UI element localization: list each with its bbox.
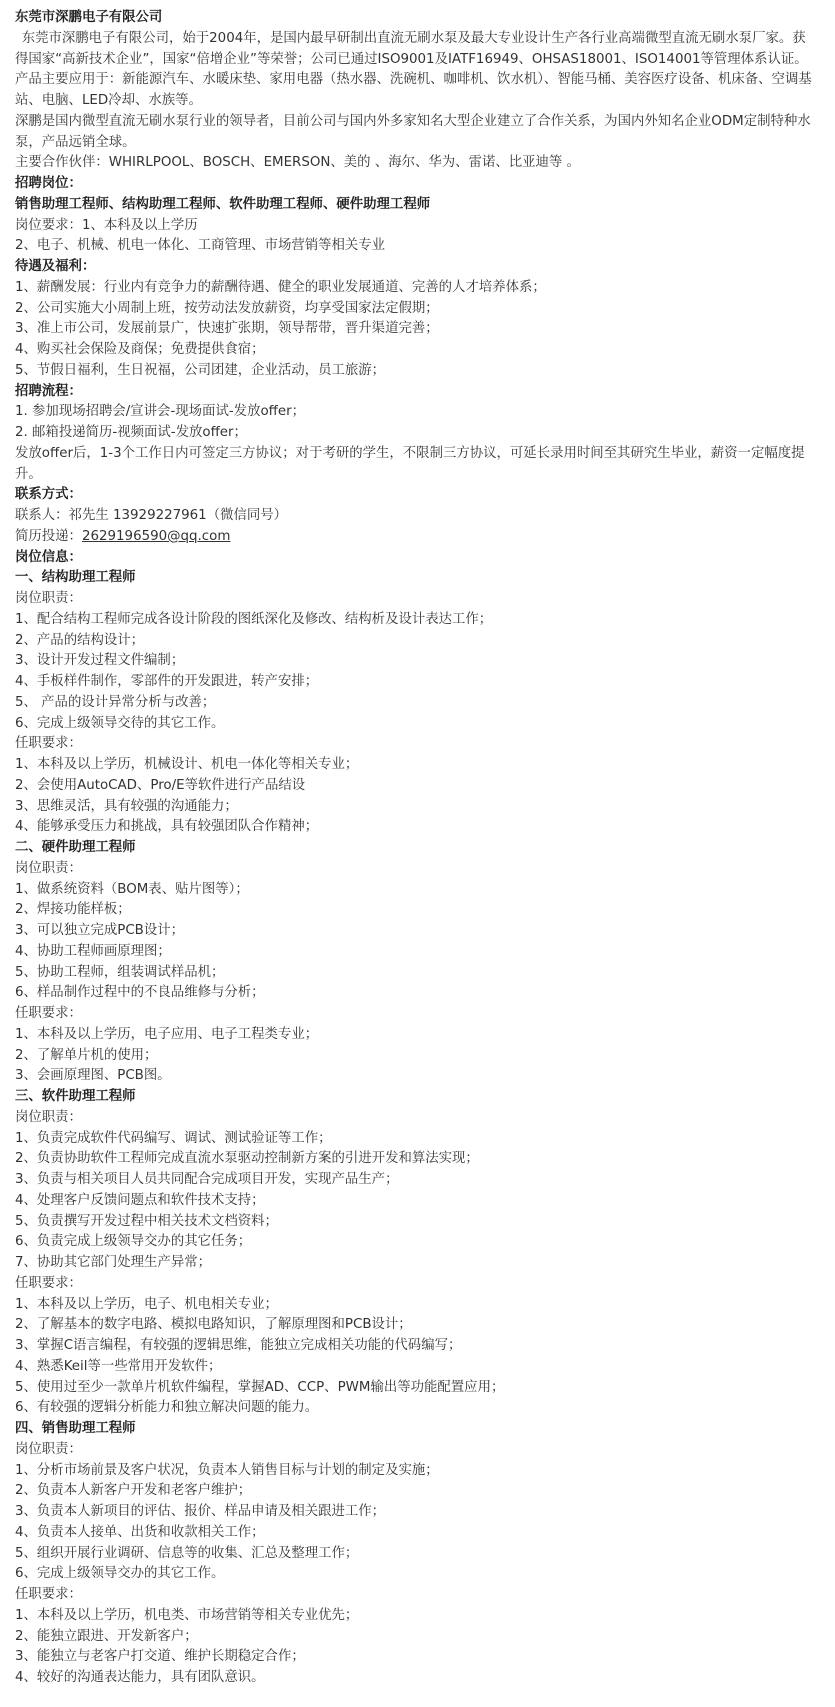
- duty-item: 3、设计开发过程文件编制；: [15, 651, 815, 672]
- requirement-item: 1、本科及以上学历，电子应用、电子工程类专业；: [15, 1025, 815, 1046]
- requirements-label: 任职要求：: [15, 1274, 815, 1295]
- benefit-item: 1、薪酬发展：行业内有竞争力的薪酬待遇、健全的职业发展通道、完善的人才培养体系；: [15, 278, 815, 299]
- duty-item: 6、样品制作过程中的不良品维修与分析；: [15, 983, 815, 1004]
- duty-item: 5、负责撰写开发过程中相关技术文档资料；: [15, 1212, 815, 1233]
- recruit-requirement: 岗位要求：1、本科及以上学历: [15, 216, 815, 237]
- duty-item: 1、负责完成软件代码编写、调试、测试验证等工作；: [15, 1129, 815, 1150]
- job-title: 一、结构助理工程师: [15, 568, 815, 589]
- contact-resume: 简历投递：2629196590@qq.com: [15, 527, 815, 548]
- duties-label: 岗位职责：: [15, 1108, 815, 1129]
- duty-item: 4、协助工程师画原理图；: [15, 942, 815, 963]
- benefits-heading: 待遇及福利：: [15, 257, 815, 278]
- requirement-item: 1、本科及以上学历，机械设计、机电一体化等相关专业；: [15, 755, 815, 776]
- duty-item: 6、完成上级领导交办的其它工作。: [15, 1564, 815, 1585]
- requirement-item: 2、能独立跟进、开发新客户；: [15, 1627, 815, 1648]
- requirement-item: 1、本科及以上学历，电子、机电相关专业；: [15, 1295, 815, 1316]
- company-leader-text: 深鹏是国内微型直流无刷水泵行业的领导者，目前公司与国内外多家知名大型企业建立了合…: [15, 112, 815, 154]
- requirement-item: 3、会画原理图、PCB图。: [15, 1066, 815, 1087]
- requirement-item: 6、有较强的逻辑分析能力和独立解决问题的能力。: [15, 1398, 815, 1419]
- job-posting-document: 东莞市深鹏电子有限公司 东莞市深鹏电子有限公司，始于2004年，是国内最早研制出…: [0, 0, 835, 1689]
- duty-item: 1、配合结构工程师完成各设计阶段的图纸深化及修改、结构析及设计表达工作；: [15, 610, 815, 631]
- benefit-item: 3、准上市公司，发展前景广，快速扩张期，领导帮带，晋升渠道完善；: [15, 319, 815, 340]
- requirement-item: 4、较好的沟通表达能力，具有团队意识。: [15, 1668, 815, 1689]
- duty-item: 1、分析市场前景及客户状况，负责本人销售目标与计划的制定及实施；: [15, 1461, 815, 1482]
- company-partners: 主要合作伙伴：WHIRLPOOL、BOSCH、EMERSON、美的 、海尔、华为…: [15, 153, 815, 174]
- duty-item: 3、负责本人新项目的评估、报价、样品申请及相关跟进工作；: [15, 1502, 815, 1523]
- duties-label: 岗位职责：: [15, 589, 815, 610]
- duty-item: 2、产品的结构设计；: [15, 631, 815, 652]
- requirement-item: 2、了解基本的数字电路、模拟电路知识，了解原理图和PCB设计；: [15, 1315, 815, 1336]
- duty-item: 7、协助其它部门处理生产异常；: [15, 1253, 815, 1274]
- job-title: 四、销售助理工程师: [15, 1419, 815, 1440]
- process-item: 发放offer后，1-3个工作日内可签定三方协议；对于考研的学生，不限制三方协议…: [15, 444, 815, 486]
- requirement-item: 2、会使用AutoCAD、Pro/E等软件进行产品结设: [15, 776, 815, 797]
- process-item: 1. 参加现场招聘会/宣讲会-现场面试-发放offer；: [15, 402, 815, 423]
- requirement-item: 2、了解单片机的使用；: [15, 1046, 815, 1067]
- duty-item: 3、负责与相关项目人员共同配合完成项目开发，实现产品生产；: [15, 1170, 815, 1191]
- requirement-item: 5、使用过至少一款单片机软件编程，掌握AD、CCP、PWM输出等功能配置应用；: [15, 1378, 815, 1399]
- contact-heading: 联系方式：: [15, 485, 815, 506]
- duty-item: 4、处理客户反馈问题点和软件技术支持；: [15, 1191, 815, 1212]
- company-title: 东莞市深鹏电子有限公司: [15, 8, 815, 29]
- requirements-label: 任职要求：: [15, 1585, 815, 1606]
- duty-item: 2、负责协助软件工程师完成直流水泵驱动控制新方案的引进开发和算法实现；: [15, 1149, 815, 1170]
- recruit-heading: 招聘岗位：: [15, 174, 815, 195]
- resume-label: 简历投递：: [15, 529, 82, 544]
- requirements-label: 任职要求：: [15, 734, 815, 755]
- duties-label: 岗位职责：: [15, 1440, 815, 1461]
- process-heading: 招聘流程：: [15, 382, 815, 403]
- duty-item: 6、完成上级领导交待的其它工作。: [15, 714, 815, 735]
- duty-item: 4、负责本人接单、出货和收款相关工作；: [15, 1523, 815, 1544]
- duties-label: 岗位职责：: [15, 859, 815, 880]
- duty-item: 3、可以独立完成PCB设计；: [15, 921, 815, 942]
- duty-item: 6、负责完成上级领导交办的其它任务；: [15, 1232, 815, 1253]
- recruit-requirement: 2、电子、机械、机电一体化、工商管理、市场营销等相关专业: [15, 236, 815, 257]
- process-item: 2. 邮箱投递简历-视频面试-发放offer；: [15, 423, 815, 444]
- job-title: 二、硬件助理工程师: [15, 838, 815, 859]
- requirements-label: 任职要求：: [15, 1004, 815, 1025]
- duty-item: 5、协助工程师，组装调试样品机；: [15, 963, 815, 984]
- company-intro: 东莞市深鹏电子有限公司，始于2004年，是国内最早研制出直流无刷水泵及最大专业设…: [15, 29, 815, 112]
- contact-person: 联系人：祁先生 13929227961（微信同号）: [15, 506, 815, 527]
- duty-item: 5、组织开展行业调研、信息等的收集、汇总及整理工作；: [15, 1544, 815, 1565]
- duty-item: 5、 产品的设计异常分析与改善；: [15, 693, 815, 714]
- duty-item: 4、手板样件制作，零部件的开发跟进，转产安排；: [15, 672, 815, 693]
- jobs-heading: 岗位信息：: [15, 548, 815, 569]
- duty-item: 1、做系统资料（BOM表、贴片图等）；: [15, 880, 815, 901]
- requirement-item: 3、掌握C语言编程，有较强的逻辑思维，能独立完成相关功能的代码编写；: [15, 1336, 815, 1357]
- requirement-item: 3、能独立与老客户打交道、维护长期稳定合作；: [15, 1647, 815, 1668]
- duty-item: 2、焊接功能样板；: [15, 900, 815, 921]
- benefit-item: 4、购买社会保险及商保；免费提供食宿；: [15, 340, 815, 361]
- requirement-item: 1、本科及以上学历，机电类、市场营销等相关专业优先；: [15, 1606, 815, 1627]
- requirement-item: 4、能够承受压力和挑战，具有较强团队合作精神；: [15, 817, 815, 838]
- benefit-item: 2、公司实施大小周制上班，按劳动法发放薪资，均享受国家法定假期；: [15, 299, 815, 320]
- duty-item: 2、负责本人新客户开发和老客户维护；: [15, 1481, 815, 1502]
- job-title: 三、软件助理工程师: [15, 1087, 815, 1108]
- benefit-item: 5、节假日福利，生日祝福，公司团建，企业活动，员工旅游；: [15, 361, 815, 382]
- requirement-item: 4、熟悉Keil等一些常用开发软件；: [15, 1357, 815, 1378]
- requirement-item: 3、思维灵活，具有较强的沟通能力；: [15, 797, 815, 818]
- recruit-positions: 销售助理工程师、结构助理工程师、软件助理工程师、硬件助理工程师: [15, 195, 815, 216]
- email-link[interactable]: 2629196590@qq.com: [82, 529, 230, 544]
